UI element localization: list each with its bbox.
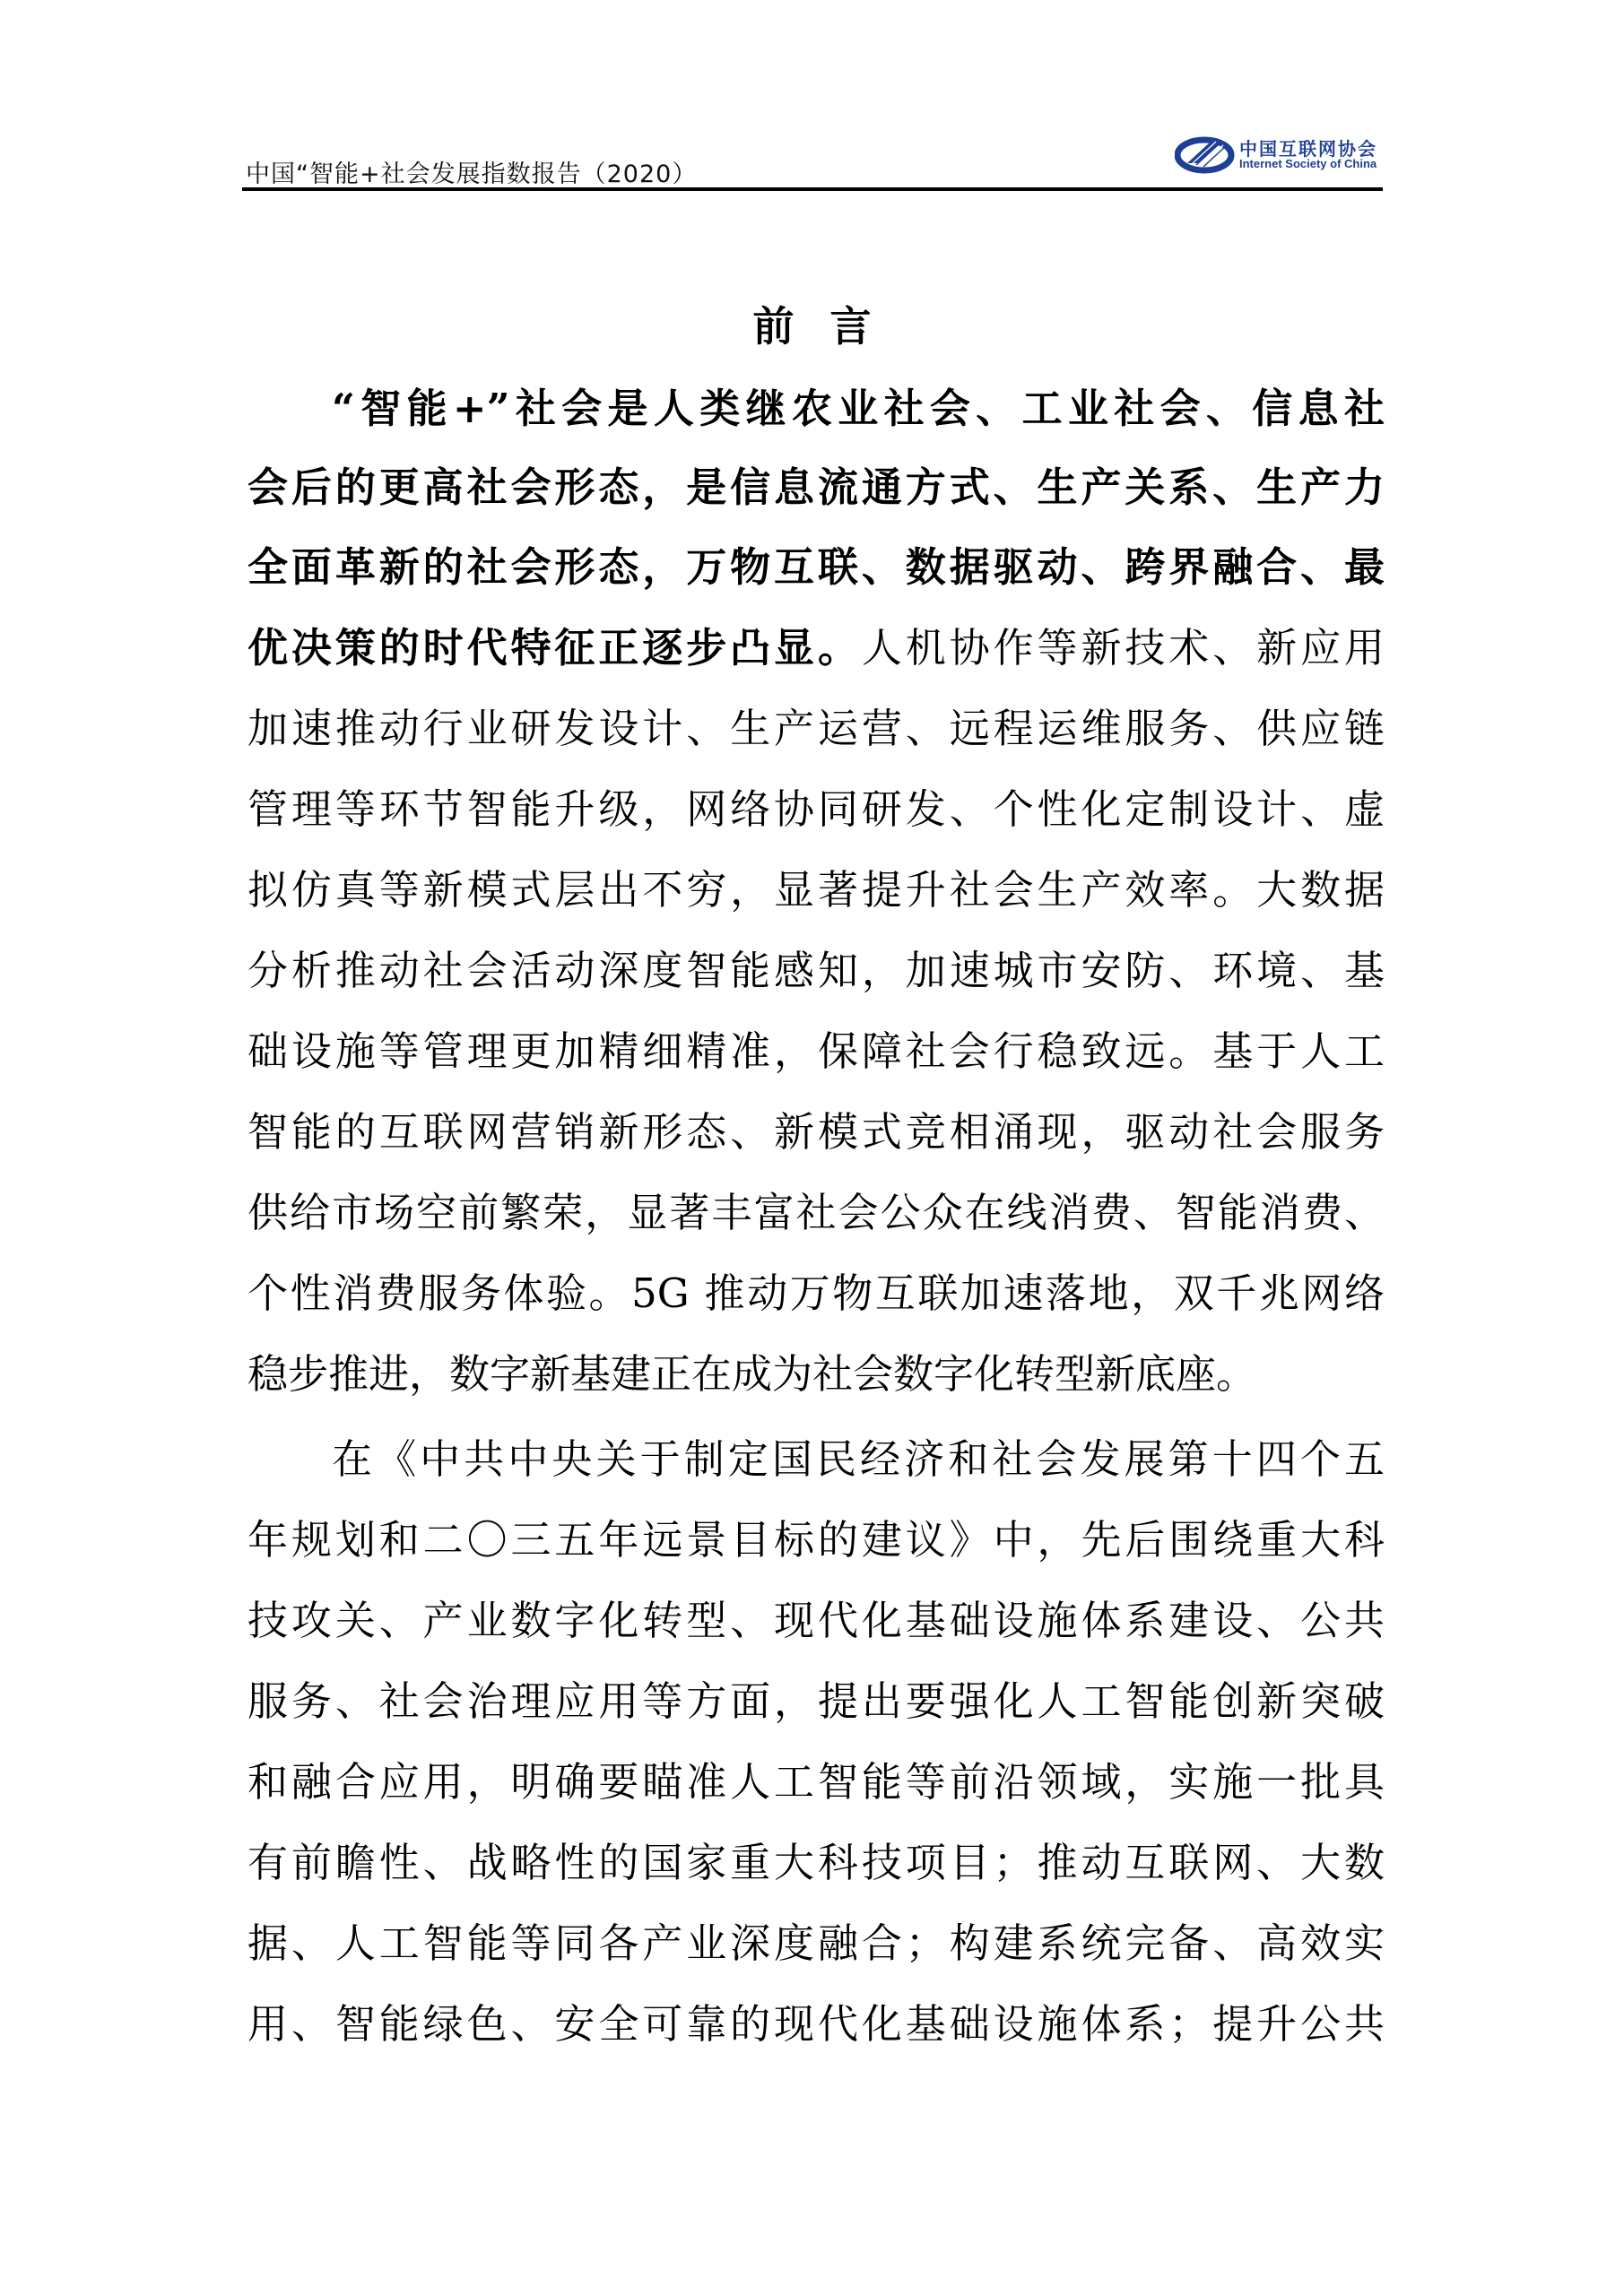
- text-line: 全面革新的社会形态，万物互联、数据驱动、跨界融合、最: [248, 541, 1385, 594]
- text-line: 技攻关、产业数字化转型、现代化基础设施体系建设、公共: [248, 1594, 1385, 1648]
- text-line: 年规划和二〇三五年远景目标的建议》中，先后围绕重大科: [248, 1513, 1385, 1567]
- text-line: 据、人工智能等同各产业深度融合；构建系统完备、高效实: [248, 1917, 1385, 1971]
- text-line: 服务、社会治理应用等方面，提出要强化人工智能创新突破: [248, 1675, 1385, 1728]
- header-rule: [242, 187, 1383, 191]
- page-title: 前言: [0, 294, 1624, 353]
- text-line: 智能的互联网营销新形态、新模式竞相涌现，驱动社会服务: [248, 1105, 1385, 1159]
- text-line: 础设施等管理更加精细精准，保障社会行稳致远。基于人工: [248, 1025, 1385, 1079]
- text-line: 在《中共中央关于制定国民经济和社会发展第十四个五: [332, 1433, 1385, 1486]
- text-line: 有前瞻性、战略性的国家重大科技项目；推动互联网、大数: [248, 1836, 1385, 1890]
- text-line: “智能+”社会是人类继农业社会、工业社会、信息社: [332, 382, 1385, 436]
- text-line: 加速推动行业研发设计、生产运营、远程运维服务、供应链: [248, 702, 1385, 756]
- text-line: 优决策的时代特征正逐步凸显。人机协作等新技术、新应用: [248, 621, 1385, 675]
- text-line: 管理等环节智能升级，网络协同研发、个性化定制设计、虚: [248, 783, 1385, 836]
- text-line: 稳步推进，数字新基建正在成为社会数字化转型新底座。: [248, 1347, 1385, 1401]
- text-line: 用、智能绿色、安全可靠的现代化基础设施体系；提升公共: [248, 1997, 1385, 2051]
- text-line: 个性消费服务体验。5G 推动万物互联加速落地，双千兆网络: [248, 1267, 1385, 1321]
- isc-logo: 中国互联网协会 Internet Society of China: [1166, 133, 1399, 178]
- text-line: 拟仿真等新模式层出不穷，显著提升社会生产效率。大数据: [248, 863, 1385, 917]
- text-line: 分析推动社会活动深度智能感知，加速城市安防、环境、基: [248, 944, 1385, 998]
- logo-name-en: Internet Society of China: [1239, 157, 1376, 170]
- isc-logo-icon: [1175, 136, 1238, 174]
- report-title: 中国“智能+社会发展指数报告（2020）: [246, 154, 697, 189]
- text-line: 和融合应用，明确要瞄准人工智能等前沿领域，实施一批具: [248, 1755, 1385, 1809]
- text-line: 供给市场空前繁荣，显著丰富社会公众在线消费、智能消费、: [248, 1186, 1385, 1240]
- text-line: 会后的更高社会形态，是信息流通方式、生产关系、生产力: [248, 461, 1385, 515]
